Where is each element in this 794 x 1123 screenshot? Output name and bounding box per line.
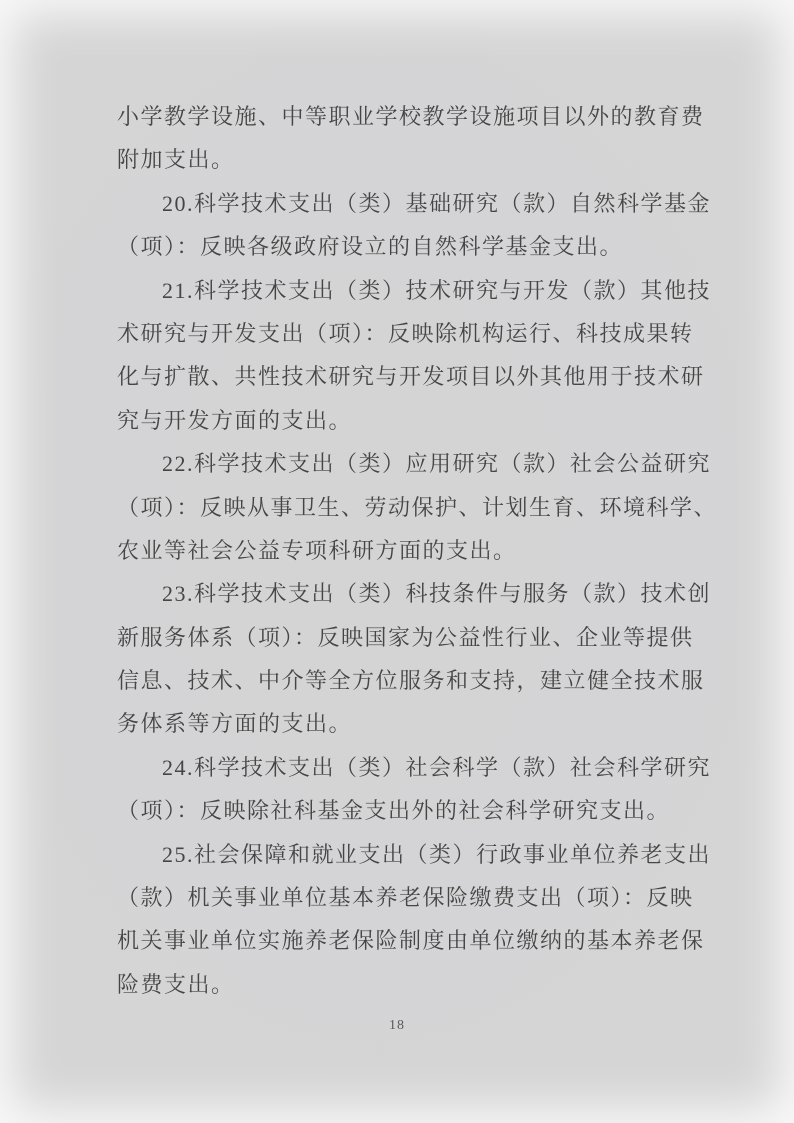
text-line: （项）：反映除社科基金支出外的社会科学研究支出。 (117, 789, 688, 832)
text-line: 25.社会保障和就业支出（类）行政事业单位养老支出 (117, 833, 688, 876)
text-line: 新服务体系（项）：反映国家为公益性行业、企业等提供 (117, 616, 688, 659)
text-line: 务体系等方面的支出。 (117, 702, 688, 745)
text-line: 化与扩散、共性技术研究与开发项目以外其他用于技术研 (117, 355, 688, 398)
text-line: 21.科学技术支出（类）技术研究与开发（款）其他技 (117, 269, 688, 312)
paragraph-item-22: 22.科学技术支出（类）应用研究（款）社会公益研究 （项）：反映从事卫生、劳动保… (117, 442, 688, 572)
paragraph-continuation: 小学教学设施、中等职业学校教学设施项目以外的教育费 附加支出。 (117, 95, 688, 182)
paragraph-item-24: 24.科学技术支出（类）社会科学（款）社会科学研究 （项）：反映除社科基金支出外… (117, 746, 688, 833)
text-line: 22.科学技术支出（类）应用研究（款）社会公益研究 (117, 442, 688, 485)
paragraph-item-23: 23.科学技术支出（类）科技条件与服务（款）技术创 新服务体系（项）：反映国家为… (117, 572, 688, 746)
text-line: 附加支出。 (117, 138, 688, 181)
scanned-page: 小学教学设施、中等职业学校教学设施项目以外的教育费 附加支出。 20.科学技术支… (0, 0, 794, 1123)
paragraph-item-20: 20.科学技术支出（类）基础研究（款）自然科学基金 （项）：反映各级政府设立的自… (117, 182, 688, 269)
text-line: （项）：反映各级政府设立的自然科学基金支出。 (117, 225, 688, 268)
text-line: 小学教学设施、中等职业学校教学设施项目以外的教育费 (117, 95, 688, 138)
paragraph-item-21: 21.科学技术支出（类）技术研究与开发（款）其他技 术研究与开发支出（项）：反映… (117, 269, 688, 443)
text-line: （项）：反映从事卫生、劳动保护、计划生育、环境科学、 (117, 486, 688, 529)
paragraph-item-25: 25.社会保障和就业支出（类）行政事业单位养老支出 （款）机关事业单位基本养老保… (117, 833, 688, 1007)
text-line: 20.科学技术支出（类）基础研究（款）自然科学基金 (117, 182, 688, 225)
document-body: 小学教学设施、中等职业学校教学设施项目以外的教育费 附加支出。 20.科学技术支… (117, 95, 688, 1006)
text-line: 究与开发方面的支出。 (117, 399, 688, 442)
text-line: 术研究与开发支出（项）：反映除机构运行、科技成果转 (117, 312, 688, 355)
text-line: 机关事业单位实施养老保险制度由单位缴纳的基本养老保 (117, 919, 688, 962)
text-line: （款）机关事业单位基本养老保险缴费支出（项）：反映 (117, 876, 688, 919)
text-line: 农业等社会公益专项科研方面的支出。 (117, 529, 688, 572)
text-line: 信息、技术、中介等全方位服务和支持，建立健全技术服 (117, 659, 688, 702)
page-number: 18 (0, 1018, 794, 1034)
text-line: 24.科学技术支出（类）社会科学（款）社会科学研究 (117, 746, 688, 789)
text-line: 险费支出。 (117, 963, 688, 1006)
text-line: 23.科学技术支出（类）科技条件与服务（款）技术创 (117, 572, 688, 615)
